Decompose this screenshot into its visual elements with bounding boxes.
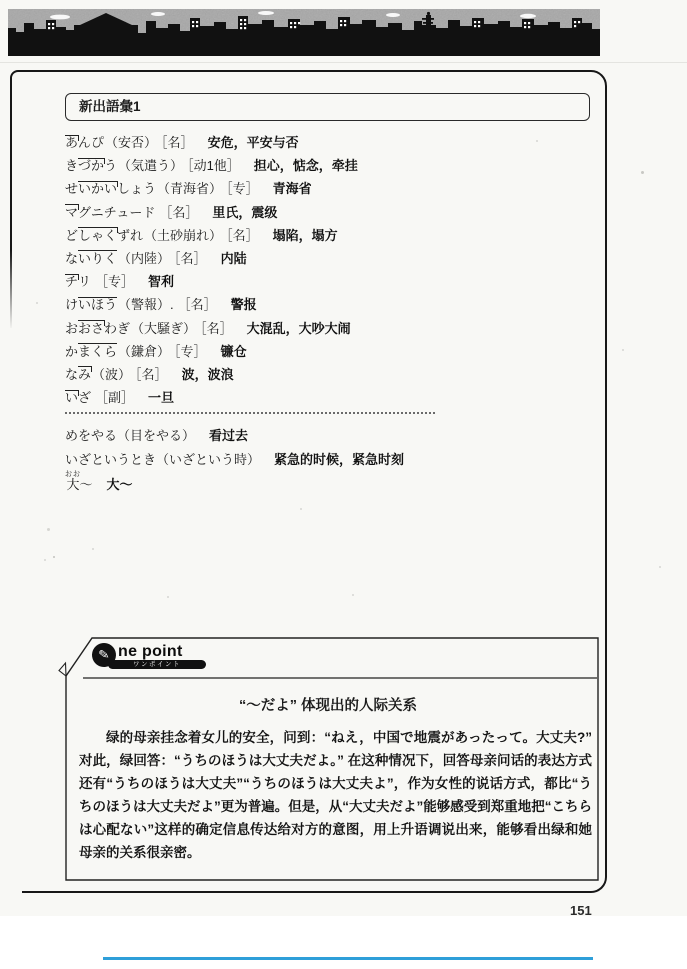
frame-left-fade (8, 250, 15, 330)
vocab-title-label: 新出語彙1 (79, 99, 141, 114)
one-point-sub-label: ワンポイント (133, 661, 181, 668)
vocab-kanji: （内陸） (118, 251, 170, 266)
vocab-entry: ないりく（内陸）［名］内陆 (65, 247, 600, 270)
vocab-meaning: 一旦 (148, 390, 174, 405)
extra-meaning: 大～ (107, 477, 133, 492)
vocab-section-title: 新出語彙1 (65, 93, 590, 121)
vocab-kanji: （警報）. (118, 297, 174, 312)
city-skyline-art (8, 9, 600, 56)
one-point-body: 绿的母亲挂念着女儿的安全，问到：“ねえ，中国で地震があったって。大丈夫?” 对此… (79, 726, 592, 864)
vocab-entry: いざ［副］一旦 (65, 386, 600, 409)
extra-japanese: 大おお～ (65, 477, 93, 492)
vocab-reading: チリ (65, 274, 91, 289)
frame-corner-mask (8, 877, 22, 895)
extra-japanese: いざというとき（いざという時） (65, 452, 260, 467)
vocab-reading: きづかう (65, 158, 117, 173)
viewer-background (0, 916, 687, 969)
vocab-kanji: （大騒ぎ） (131, 321, 196, 336)
vocab-meaning: 青海省 (273, 181, 312, 196)
vocab-meaning: 镰仓 (221, 344, 247, 359)
vocab-reading: なみ (65, 367, 91, 382)
vocab-pos-tag: ［副］ (95, 390, 134, 405)
vocab-meaning: 安危，平安与否 (208, 135, 299, 150)
vocab-kanji: （気遣う） (118, 158, 183, 173)
vocab-reading: どしゃくずれ (65, 228, 143, 243)
frame-left-mask (8, 328, 15, 893)
vocab-pos-tag: ［名］ (135, 367, 168, 382)
vocab-meaning: 里氏，震级 (212, 205, 277, 220)
vocab-pos-tag: ［专］ (174, 344, 207, 359)
folded-corner-icon (59, 663, 66, 676)
vocab-reading: いざ (65, 390, 91, 405)
one-point-sub-bar: ワンポイント (108, 660, 206, 669)
vocab-kanji: （土砂崩れ） (144, 228, 222, 243)
vocab-meaning: 警报 (231, 297, 257, 312)
scan-edge-line (0, 62, 687, 63)
vocab-kanji: （鎌倉） (118, 344, 170, 359)
vocab-extra-entry: 大おお～大～ (65, 471, 600, 495)
vocab-kanji: （青海省） (157, 181, 222, 196)
vocab-pos-tag: ［名］ (178, 297, 217, 312)
vocab-meaning: 塌陷，塌方 (273, 228, 338, 243)
vocab-entry: かまくら（鎌倉）［专］镰仓 (65, 340, 600, 363)
vocab-meaning: 大混乱，大吵大闹 (247, 321, 351, 336)
vocab-entry: きづかう（気遣う）［动1他］担心，惦念，牵挂 (65, 154, 600, 177)
city-skyline-banner (8, 9, 600, 56)
one-point-box: ワンポイント ✎ ne point “～だよ” 体现出的人际关系 绿的母亲挂念着… (56, 630, 608, 888)
vocab-entry: あんぴ（安否）［名］安危，平安与否 (65, 131, 600, 154)
vocab-extra-entry: いざというとき（いざという時）紧急的时候，紧急时刻 (65, 448, 600, 472)
vocab-reading: けいほう (65, 297, 117, 312)
vocab-meaning: 担心，惦念，牵挂 (254, 158, 358, 173)
one-point-wordmark: ne point (118, 643, 183, 661)
vocab-kanji: （波） (92, 367, 131, 382)
vocab-reading: ないりく (65, 251, 117, 266)
vocab-pos-tag: ［动1他］ (187, 158, 240, 173)
vocab-meaning: 智利 (148, 274, 174, 289)
vocab-pos-tag: ［名］ (174, 251, 207, 266)
vocab-extras: めをやる（目をやる）看过去いざというとき（いざという時）紧急的时候，紧急时刻大お… (65, 424, 600, 495)
vocab-entry: チリ［专］智利 (65, 270, 600, 293)
vocab-entry: マグニチュード［名］里氏，震级 (65, 201, 600, 224)
one-point-logo: ワンポイント ✎ ne point (92, 643, 252, 675)
extra-meaning: 紧急的时候，紧急时刻 (274, 452, 404, 467)
vocab-reading: せいかいしょう (65, 181, 156, 196)
vocab-reading: おおさわぎ (65, 321, 130, 336)
extra-japanese: めをやる（目をやる） (65, 428, 195, 443)
blue-underline (103, 957, 593, 960)
vocab-entry: おおさわぎ（大騒ぎ）［名］大混乱，大吵大闹 (65, 317, 600, 340)
vocab-reading: かまくら (65, 344, 117, 359)
extra-meaning: 看过去 (209, 428, 248, 443)
vocab-kanji: （安否） (105, 135, 157, 150)
vocab-extra-entry: めをやる（目をやる）看过去 (65, 424, 600, 448)
vocab-list: あんぴ（安否）［名］安危，平安与否きづかう（気遣う）［动1他］担心，惦念，牵挂せ… (65, 131, 600, 409)
vocab-reading: あんぴ (65, 135, 104, 150)
vocab-entry: けいほう（警報）.［名］警报 (65, 293, 600, 316)
vocab-meaning: 波，波浪 (182, 367, 234, 382)
vocab-entry: せいかいしょう（青海省）［专］青海省 (65, 177, 600, 200)
vocab-entry: どしゃくずれ（土砂崩れ）［名］塌陷，塌方 (65, 224, 600, 247)
dotted-divider (65, 412, 435, 414)
vocab-entry: なみ（波）［名］波，波浪 (65, 363, 600, 386)
vocab-pos-tag: ［名］ (200, 321, 233, 336)
scanned-page: 新出語彙1 あんぴ（安否）［名］安危，平安与否きづかう（気遣う）［动1他］担心，… (0, 0, 687, 916)
one-point-title: “～だよ” 体现出的人际关系 (56, 694, 600, 715)
vocab-reading: マグニチュード (65, 205, 155, 220)
vocab-meaning: 内陆 (221, 251, 247, 266)
vocab-pos-tag: ［名］ (226, 228, 259, 243)
vocab-pos-tag: ［名］ (159, 205, 198, 220)
vocab-pos-tag: ［专］ (226, 181, 259, 196)
vocab-pos-tag: ［名］ (161, 135, 194, 150)
screen: 新出語彙1 あんぴ（安否）［名］安危，平安与否きづかう（気遣う）［动1他］担心，… (0, 0, 687, 969)
vocab-pos-tag: ［专］ (95, 274, 134, 289)
